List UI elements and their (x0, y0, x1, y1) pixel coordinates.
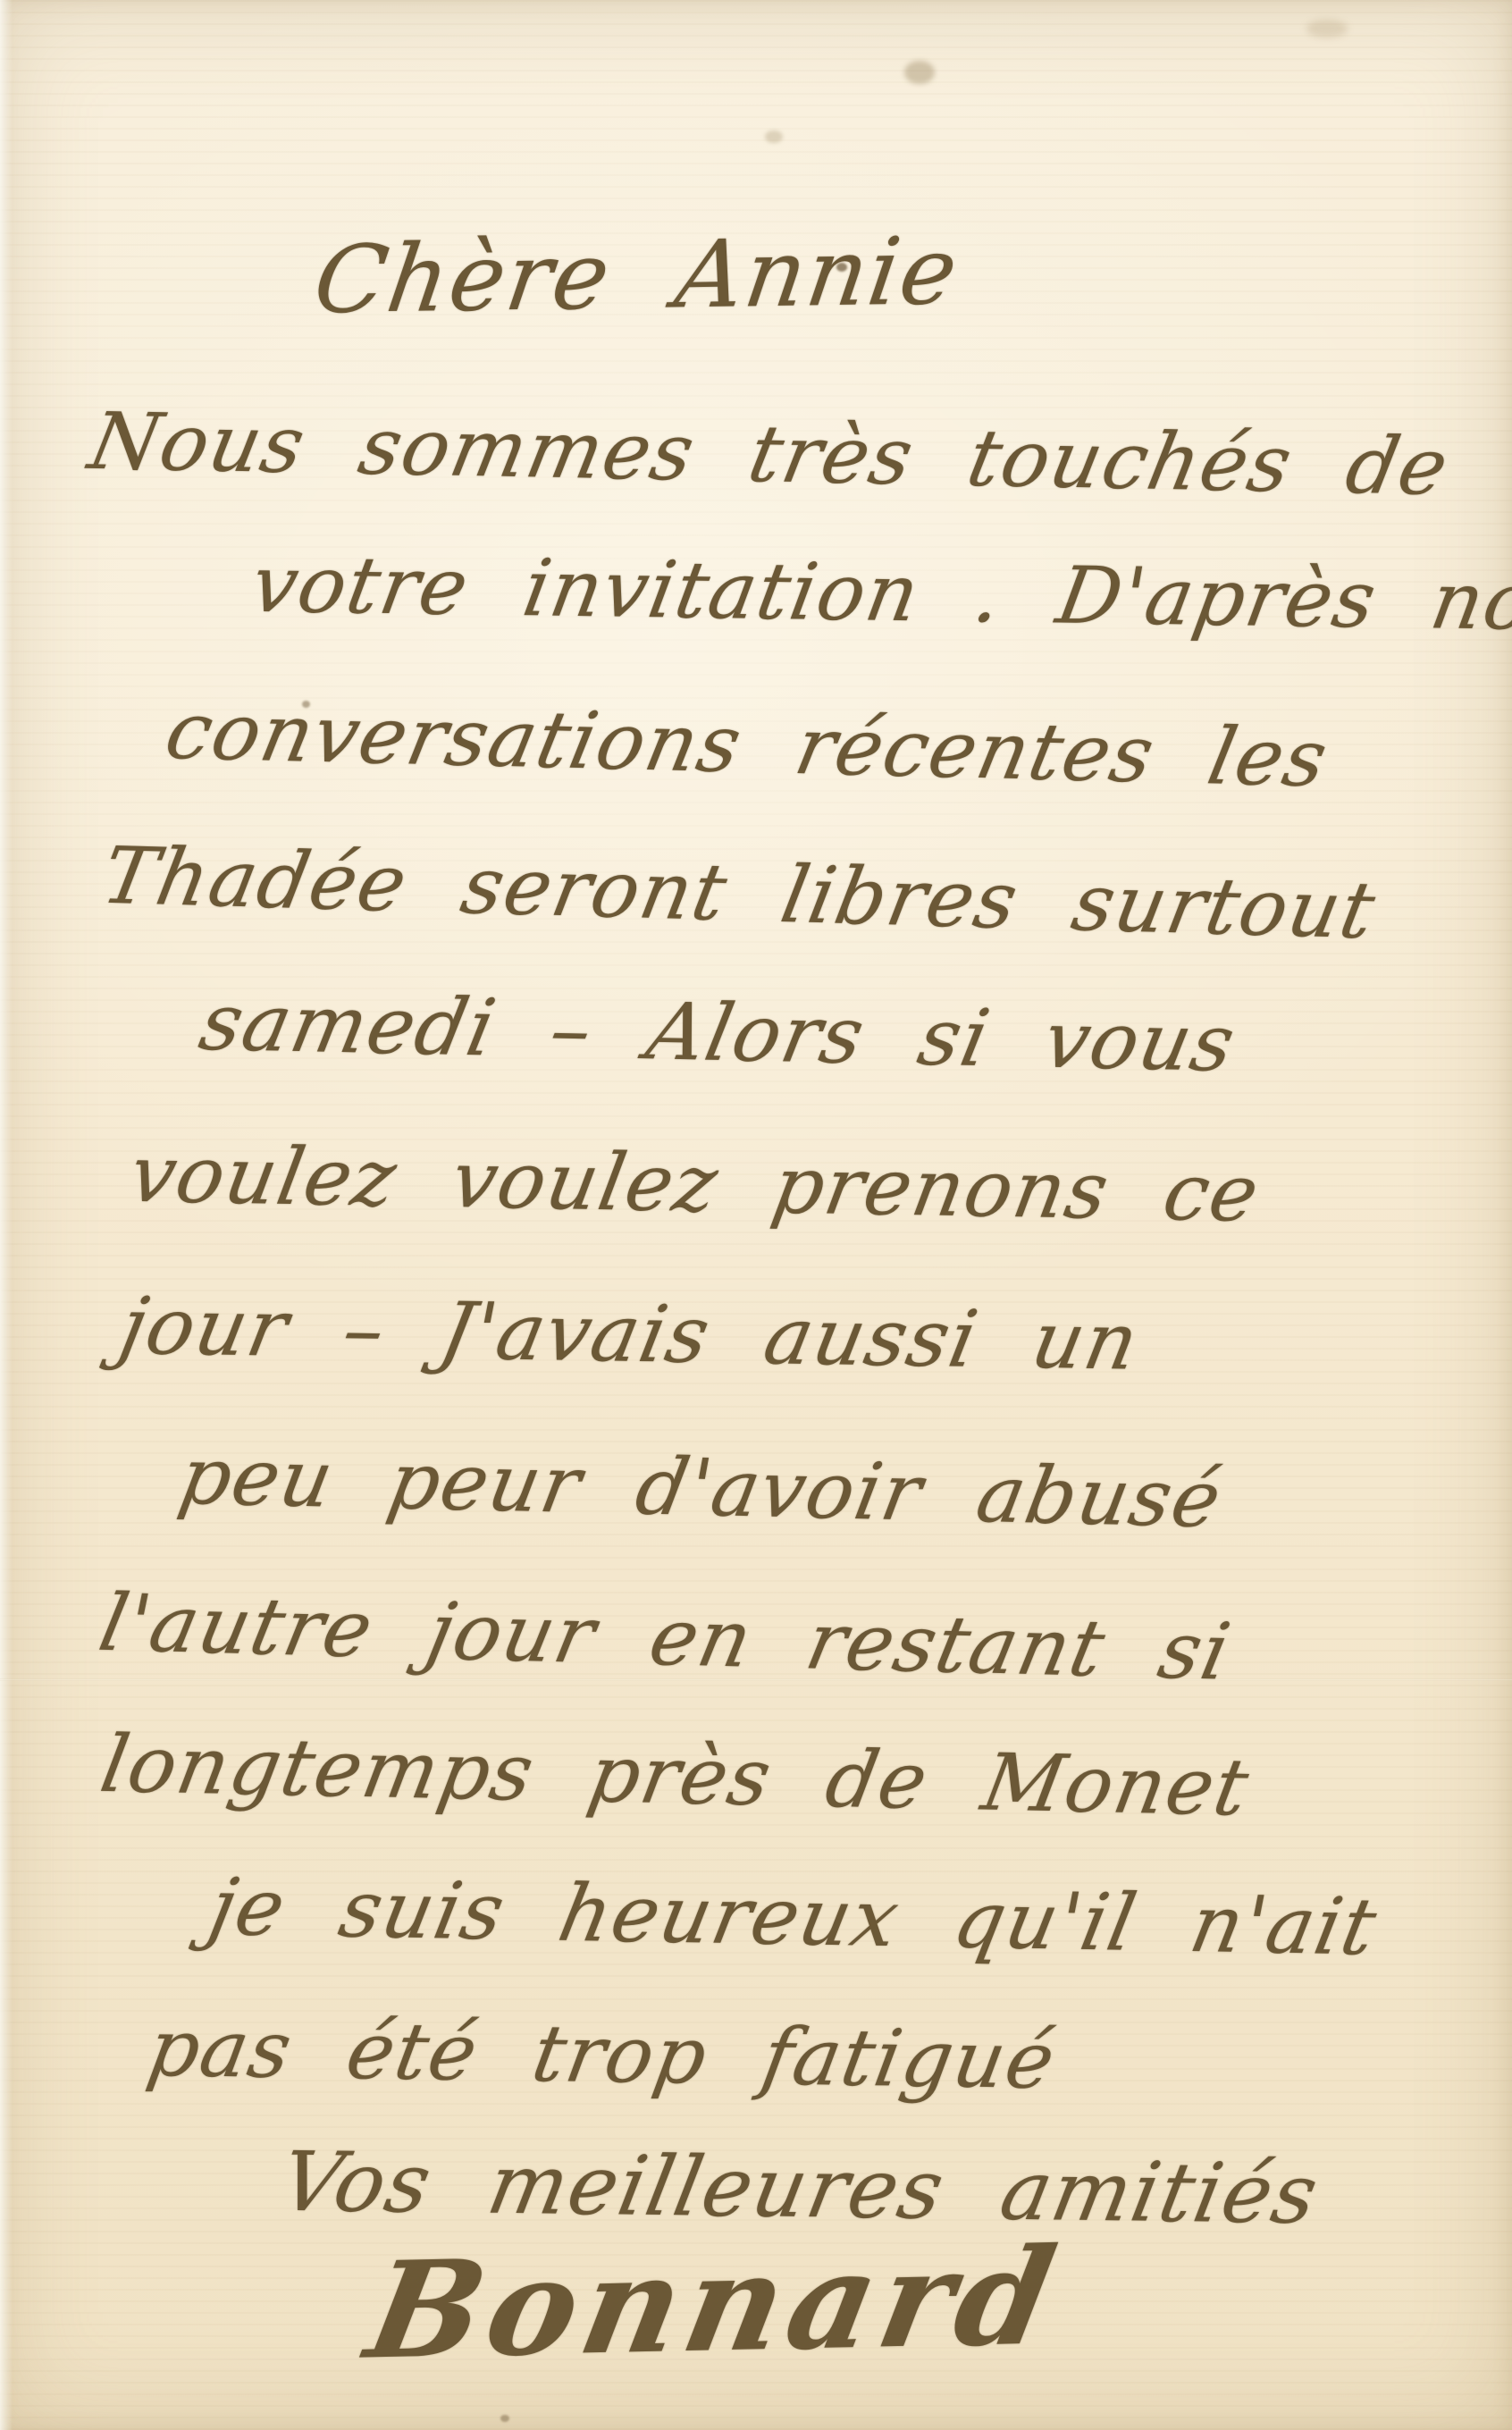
letter-line: longtemps près de Monet (95, 1718, 1257, 1833)
letter-line: Thadée seront libres surtout (96, 829, 1383, 956)
letter-line: l'autre jour en restant si (92, 1577, 1239, 1698)
ink-stain (1306, 20, 1348, 38)
letter-line: votre invitation . D'après nos (245, 538, 1512, 648)
letter-line: peu peur d'avoir abusé (172, 1430, 1229, 1545)
ink-stain (500, 2415, 509, 2422)
letter-line: conversations récentes les (158, 685, 1336, 804)
salutation-line: Chère Annie (307, 216, 965, 334)
letter-line: samedi – Alors si vous (193, 976, 1244, 1089)
letter-line: pas été trop fatigué (141, 2002, 1063, 2106)
signature: Bonnard (357, 2218, 1072, 2389)
letter-line: jour – J'avais aussi un (113, 1280, 1147, 1388)
ink-stain (765, 130, 783, 143)
letter-line: Nous sommes très touchés de (82, 395, 1457, 513)
letter-line: je suis heureux qu'il n'ait (202, 1861, 1385, 1972)
ink-stain (904, 61, 935, 84)
letter-page: Chère Annie Nous sommes très touchés de … (0, 0, 1512, 2430)
letter-line: voulez voulez prenons ce (123, 1128, 1267, 1240)
